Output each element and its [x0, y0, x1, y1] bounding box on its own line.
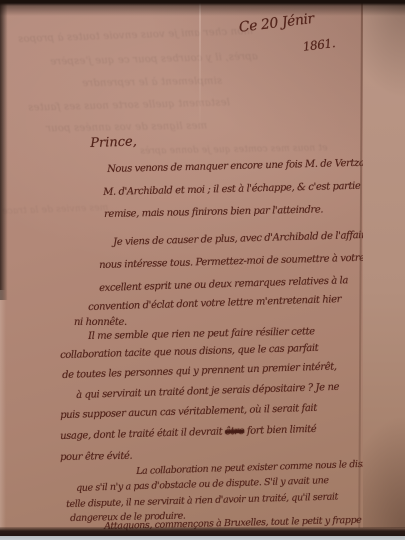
table-shadow-left	[0, 0, 9, 300]
salutation: Prince,	[90, 134, 137, 151]
strike-post-text: fort bien limité	[244, 424, 317, 437]
fold-crease	[199, 0, 201, 130]
table-surface-bottom	[0, 527, 405, 536]
strikethrough-word: être	[225, 426, 244, 438]
paper-fold-band	[363, 0, 405, 528]
table-edge-strip	[0, 536, 405, 540]
handwritten-line: pour être évité.	[60, 451, 132, 463]
paper-edge-highlight	[0, 290, 6, 530]
table-shadow-top	[0, 0, 405, 16]
handwritten-line: ni honnête.	[74, 317, 127, 328]
letter-photograph: mon cher ami je vous envoie toutes à pro…	[0, 0, 405, 540]
